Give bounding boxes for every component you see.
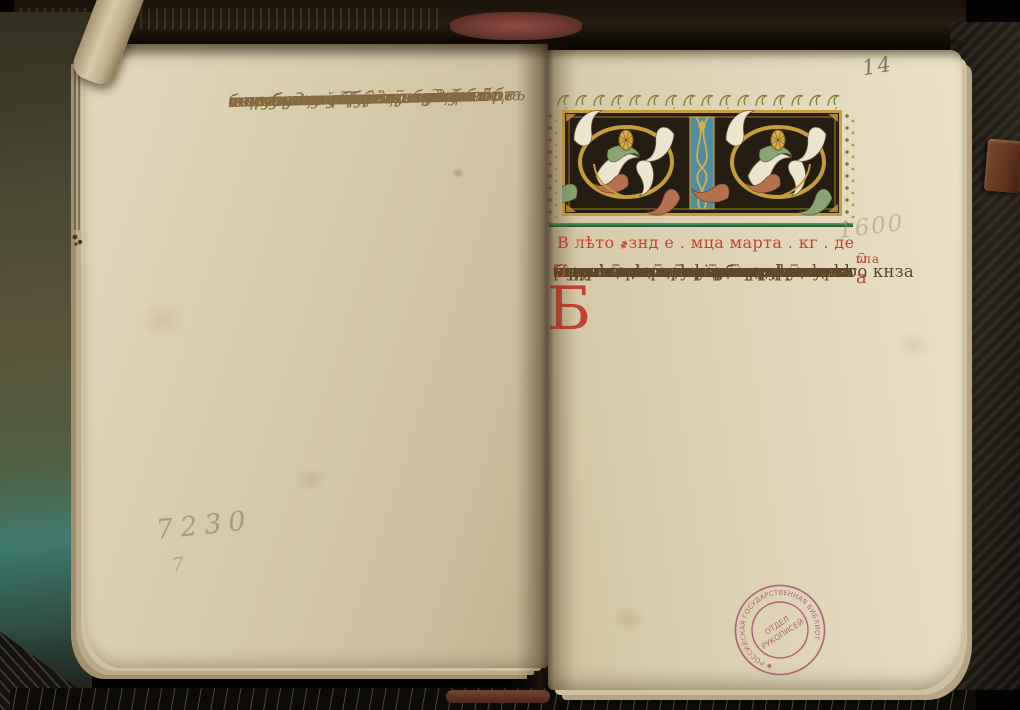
rubric-heading: В лѣто ҂знд е . мца марта . кг . де (557, 233, 869, 252)
left-page (86, 44, 548, 668)
headpiece-ornament (562, 110, 842, 216)
margin-note-chapter-number: а (856, 267, 867, 288)
book-cover-bottom-edge (10, 688, 976, 710)
headpiece-green-rule (549, 223, 853, 227)
underleaf-rule-ornament (70, 52, 84, 248)
manuscript-line: ҂зрн . сентября в ка . ди . (228, 86, 483, 121)
cover-red-patch-bottom (446, 690, 550, 703)
cover-red-cloth-patch (450, 12, 582, 40)
headpiece-fringe-right (844, 112, 857, 224)
manuscript-photo: пе смрдсей ѿ болѣзни ѡбле гчение ли кожд… (0, 0, 1020, 710)
book-cover-top-edge (14, 0, 966, 44)
fleuron-bottom (73, 235, 83, 246)
headpiece-fringe-top (556, 93, 848, 110)
margin-note-glava: гла (856, 252, 880, 266)
final-line-text: рі его ѿцѣ макаріи митрополитѣ (553, 262, 843, 281)
headpiece-fringe-left (547, 112, 560, 224)
leather-clasp-strap (984, 139, 1020, 194)
folio-number: 14 (860, 52, 894, 81)
